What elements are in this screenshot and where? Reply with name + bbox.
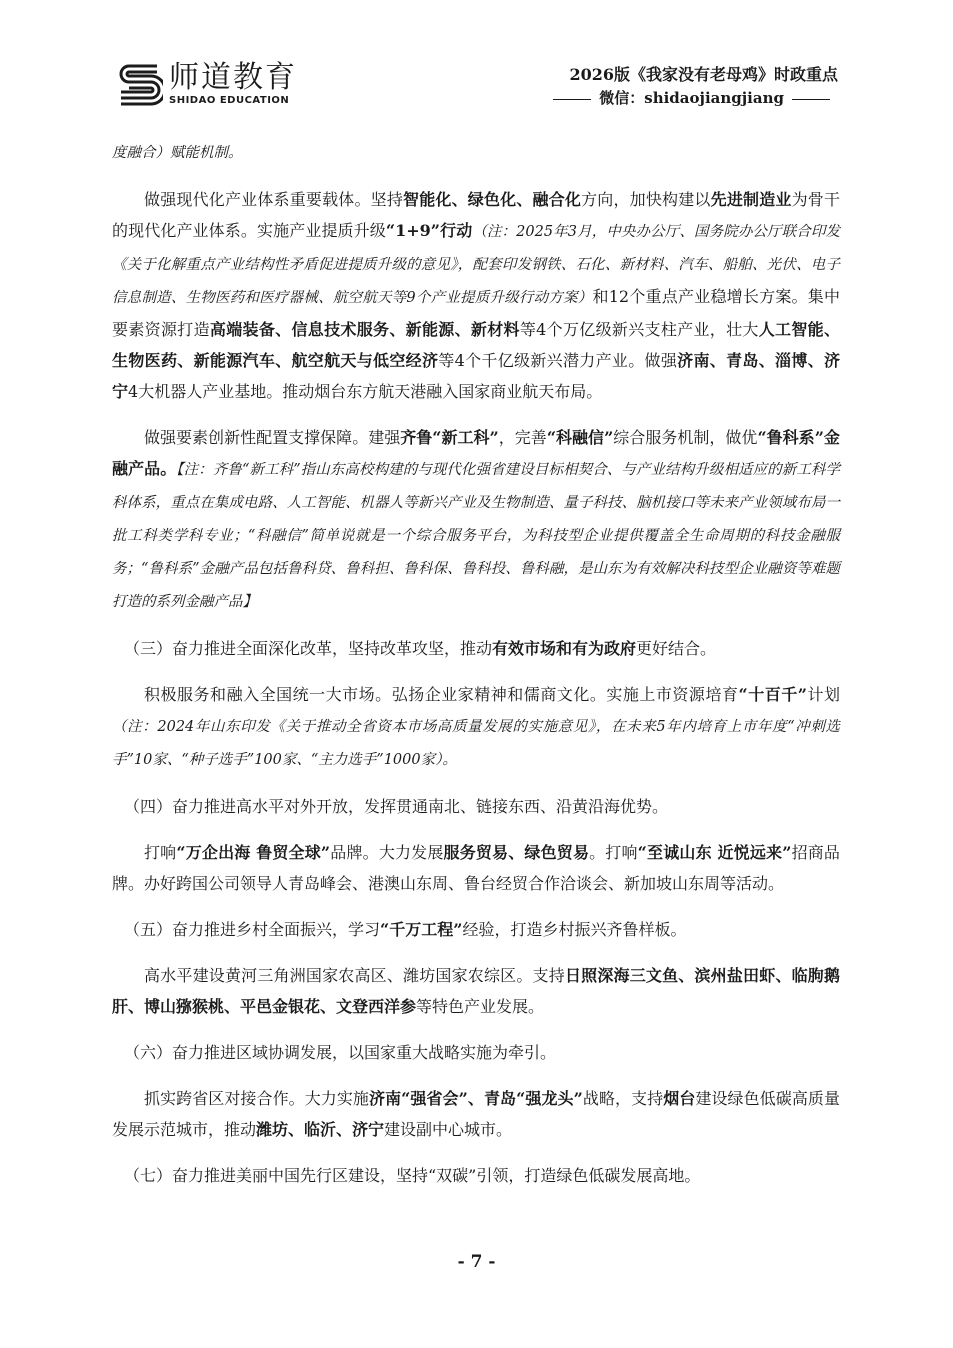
text: 4大机器人产业基地。推动烟台东方航天港融入国家商业航天布局。 [128, 382, 602, 401]
text: 等特色产业发展。 [416, 997, 544, 1016]
key-term: “千万工程” [380, 920, 462, 939]
key-term: 智能化、绿色化、融合化 [403, 190, 581, 209]
paragraph-rural-revitalization: 高水平建设黄河三角洲国家农高区、潍坊国家农综区。支持日照深海三文鱼、滨州盐田虾、… [112, 960, 840, 1022]
text: 高水平建设黄河三角洲国家农高区、潍坊国家农综区。支持 [144, 966, 565, 985]
key-term: 烟台 [663, 1089, 695, 1108]
section-heading-7: （七）奋力推进美丽中国先行区建设，坚持“双碳”引领，打造绿色低碳发展高地。 [112, 1160, 840, 1191]
text: 建强 [368, 428, 400, 447]
key-term: “万企出海 鲁贸全球” [176, 843, 330, 862]
key-term: “十百千” [738, 685, 806, 704]
wechat-label: 微信：shidaojiangjiang [599, 89, 784, 107]
text: （七）奋力推进美丽中国先行区建设，坚持“双碳”引领，打造绿色低碳发展高地。 [124, 1166, 700, 1185]
header-info: 2026版《我家没有老母鸡》时政重点 微信：shidaojiangjiang [545, 63, 838, 109]
paragraph-continuation: 度融合）赋能机制。 [112, 136, 840, 169]
key-term: 有效市场和有为政府 [492, 639, 636, 658]
section-heading-3: （三）奋力推进全面深化改革，坚持改革攻坚，推动有效市场和有为政府更好结合。 [112, 633, 840, 664]
section-heading-4: （四）奋力推进高水平对外开放，发挥贯通南北、链接东西、沿黄沿海优势。 [112, 791, 840, 822]
key-term: 齐鲁“新工科” [400, 428, 499, 447]
divider-line [792, 99, 830, 100]
text: 积极服务和融入全国统一大市场。弘扬企业家精神和儒商文化。实施上市资源培育 [144, 685, 738, 704]
logo-chinese-name: 师道教育 [169, 62, 297, 94]
text: 等4个万亿级新兴支柱产业，壮大 [520, 320, 759, 339]
key-term: 潍坊、临沂、济宁 [256, 1120, 384, 1139]
document-body: 度融合）赋能机制。 做强现代化产业体系重要载体。坚持智能化、绿色化、融合化方向，… [112, 136, 840, 1191]
text: 坚持 [371, 190, 403, 209]
text: 打响 [144, 843, 176, 862]
section-heading-5: （五）奋力推进乡村全面振兴，学习“千万工程”经验，打造乡村振兴齐鲁样板。 [112, 914, 840, 945]
wechat-contact: 微信：shidaojiangjiang [545, 87, 838, 109]
key-term: 济南“强省会”、青岛“强龙头” [369, 1089, 583, 1108]
text: 方向，加快构建以 [581, 190, 711, 209]
text: （三）奋力推进全面深化改革，坚持改革攻坚，推动 [124, 639, 492, 658]
text: 等4个千亿级新兴潜力产业。做强 [438, 351, 677, 370]
key-term: “科融信” [547, 428, 613, 447]
logo-english-name: SHIDAO EDUCATION [169, 95, 297, 107]
key-term: “鲁科系” [757, 428, 823, 447]
paragraph-industrial-system: 做强现代化产业体系重要载体。坚持智能化、绿色化、融合化方向，加快构建以先进制造业… [112, 184, 840, 407]
text: 计划 [807, 685, 840, 704]
key-term: 服务贸易、绿色贸易 [444, 843, 590, 862]
paragraph-lead: 做强现代化产业体系重要载体。 [144, 190, 371, 209]
brand-logo: 师道教育 SHIDAO EDUCATION [117, 62, 297, 107]
text: 抓实跨省区对接合作。大力实施 [144, 1089, 369, 1108]
text: （四）奋力推进高水平对外开放，发挥贯通南北、链接东西、沿黄沿海优势。 [124, 797, 668, 816]
paragraph-unified-market: 积极服务和融入全国统一大市场。弘扬企业家精神和儒商文化。实施上市资源培育“十百千… [112, 679, 840, 776]
annotation-note: （注：2024年山东印发《关于推动全省资本市场高质量发展的实施意见》，在未来5年… [112, 719, 840, 768]
divider-line [553, 99, 591, 100]
paragraph-regional-development: 抓实跨省区对接合作。大力实施济南“强省会”、青岛“强龙头”战略，支持烟台建设绿色… [112, 1083, 840, 1145]
paragraph-lead: 做强要素创新性配置支撑保障。 [144, 428, 368, 447]
text: 综合服务机制，做优 [613, 428, 757, 447]
document-title: 2026版《我家没有老母鸡》时政重点 [545, 63, 838, 87]
paragraph-opening-up: 打响“万企出海 鲁贸全球”品牌。大力发展服务贸易、绿色贸易。打响“至诚山东 近悦… [112, 837, 840, 899]
continued-text: 度融合）赋能机制。 [112, 145, 243, 161]
text: （五）奋力推进乡村全面振兴，学习 [124, 920, 380, 939]
key-term: “1+9”行动 [386, 221, 472, 240]
text: （六）奋力推进区域协调发展，以国家重大战略实施为牵引。 [124, 1043, 556, 1062]
key-term: 高端装备、信息技术服务、新能源、新材料 [210, 320, 520, 339]
page-number: - 7 - [0, 1252, 953, 1272]
text: 品牌。大力发展 [330, 843, 443, 862]
page-header: 师道教育 SHIDAO EDUCATION 2026版《我家没有老母鸡》时政重点… [0, 0, 953, 120]
section-heading-6: （六）奋力推进区域协调发展，以国家重大战略实施为牵引。 [112, 1037, 840, 1068]
text: 建设副中心城市。 [384, 1120, 512, 1139]
text: 经验，打造乡村振兴齐鲁样板。 [462, 920, 686, 939]
text: 战略，支持 [583, 1089, 663, 1108]
annotation-note: 【注：齐鲁“新工科”指山东高校构建的与现代化强省建设目标相契合、与产业结构升级相… [112, 462, 840, 610]
stylized-s-logo-icon [117, 62, 163, 106]
text: 更好结合。 [636, 639, 716, 658]
key-term: “至诚山东 近悦远来” [638, 843, 792, 862]
text: 。打响 [589, 843, 638, 862]
paragraph-factor-innovation: 做强要素创新性配置支撑保障。建强齐鲁“新工科”，完善“科融信”综合服务机制，做优… [112, 422, 840, 618]
key-term: 先进制造业 [711, 190, 792, 209]
text: ，完善 [499, 428, 547, 447]
